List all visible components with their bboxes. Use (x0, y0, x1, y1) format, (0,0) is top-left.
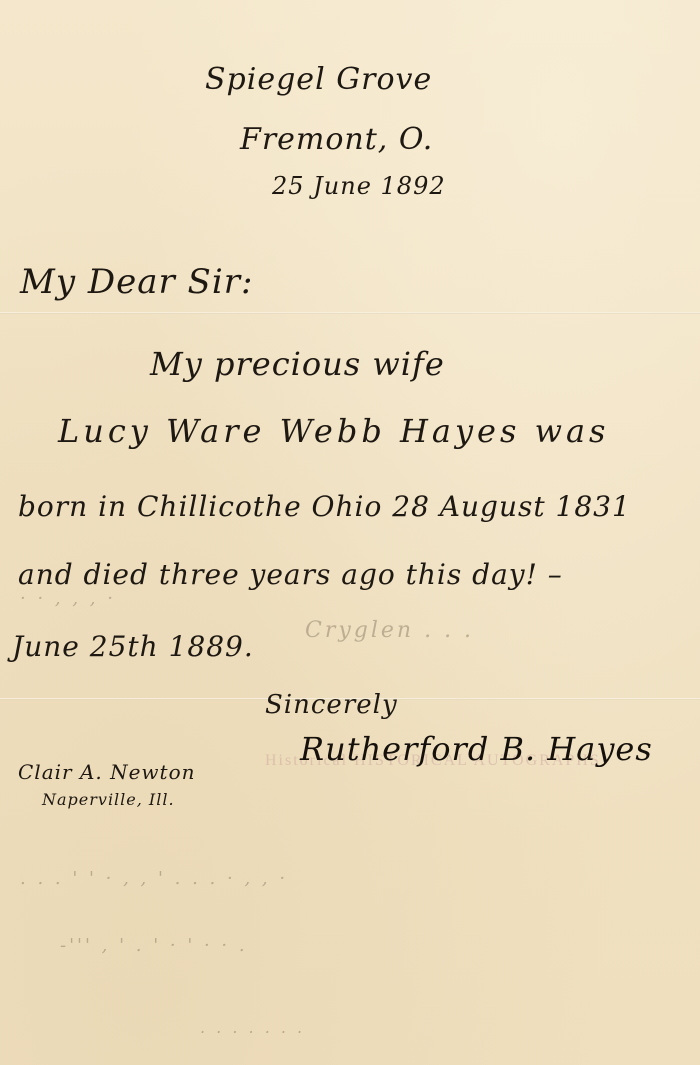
bleed-through-mark: -''' , ' . ' · ' · · . (60, 935, 248, 956)
body-line-4: and died three years ago this day! – (18, 558, 563, 591)
heading-date: 25 June 1892 (272, 172, 446, 200)
addressee-location: Naperville, Ill. (42, 790, 175, 809)
salutation: My Dear Sir: (20, 262, 253, 302)
closing: Sincerely (265, 690, 398, 720)
bleed-through-mark: . . . ' ' · , , ' . . . · , , · (20, 868, 288, 889)
body-line-1: My precious wife (150, 345, 445, 383)
body-line-3: born in Chillicothe Ohio 28 August 1831 (18, 490, 631, 523)
heading-place-line1: Spiegel Grove (205, 62, 432, 97)
bleed-through-mark: · · , , , · (20, 588, 116, 609)
addressee-name: Clair A. Newton (18, 760, 196, 784)
bleed-through-mark: Cryglen . . . (305, 618, 474, 643)
heading-place-line2: Fremont, O. (240, 122, 433, 157)
bleed-through-mark: . . . . . . . (200, 1018, 305, 1037)
fold-line-top (0, 312, 700, 314)
letter-page: Spiegel Grove Fremont, O. 25 June 1892 M… (0, 0, 700, 1065)
signature: Rutherford B. Hayes (300, 730, 653, 768)
body-line-5: June 25th 1889. (12, 630, 254, 663)
body-line-2: Lucy Ware Webb Hayes was (58, 412, 609, 450)
